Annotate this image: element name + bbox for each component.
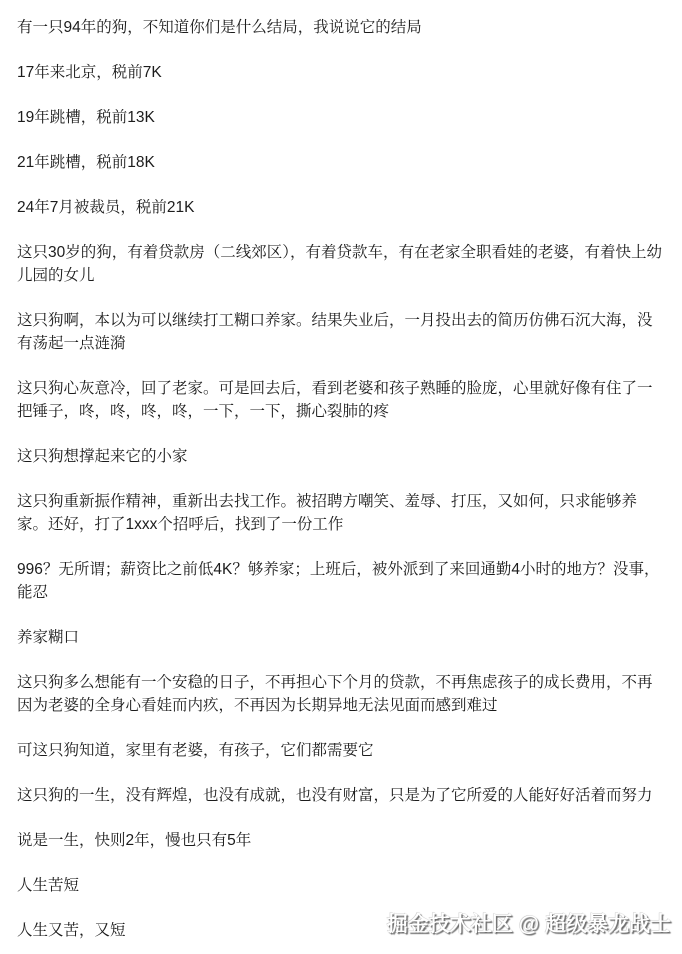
paragraph-life-span: 说是一生，快则2年，慢也只有5年 <box>17 829 662 852</box>
paragraph-year-21: 21年跳槽，税前18K <box>17 151 662 174</box>
article-body: 有一只94年的狗，不知道你们是什么结局，我说说它的结局 17年来北京，税前7K … <box>0 0 682 942</box>
paragraph-life-bitter: 人生又苦，又短 <box>17 919 662 942</box>
paragraph-support-home: 这只狗想撑起来它的小家 <box>17 445 662 468</box>
paragraph-year-19: 19年跳槽，税前13K <box>17 106 662 129</box>
paragraph-job-search: 这只狗重新振作精神，重新出去找工作。被招聘方嘲笑、羞辱、打压，又如何，只求能够养… <box>17 490 662 536</box>
paragraph-intro: 有一只94年的狗，不知道你们是什么结局，我说说它的结局 <box>17 16 662 39</box>
paragraph-year-24: 24年7月被裁员，税前21K <box>17 196 662 219</box>
paragraph-wish: 这只狗多么想能有一个安稳的日子，不再担心下个月的贷款，不再焦虑孩子的成长费用，不… <box>17 671 662 717</box>
paragraph-996: 996？无所谓；薪资比之前低4K？够养家；上班后，被外派到了来回通勤4小时的地方… <box>17 558 662 604</box>
paragraph-family: 这只30岁的狗，有着贷款房（二线郊区），有着贷款车，有在老家全职看娃的老婆，有着… <box>17 241 662 287</box>
paragraph-jobless: 这只狗啊，本以为可以继续打工糊口养家。结果失业后，一月投出去的简历仿佛石沉大海，… <box>17 309 662 355</box>
paragraph-knows: 可这只狗知道，家里有老婆，有孩子，它们都需要它 <box>17 739 662 762</box>
paragraph-life-short: 人生苦短 <box>17 874 662 897</box>
paragraph-year-17: 17年来北京，税前7K <box>17 61 662 84</box>
paragraph-life: 这只狗的一生，没有辉煌，也没有成就，也没有财富，只是为了它所爱的人能好好活着而努… <box>17 784 662 807</box>
paragraph-back-home: 这只狗心灰意冷，回了老家。可是回去后，看到老婆和孩子熟睡的脸庞，心里就好像有住了… <box>17 377 662 423</box>
paragraph-feed-family: 养家糊口 <box>17 626 662 649</box>
